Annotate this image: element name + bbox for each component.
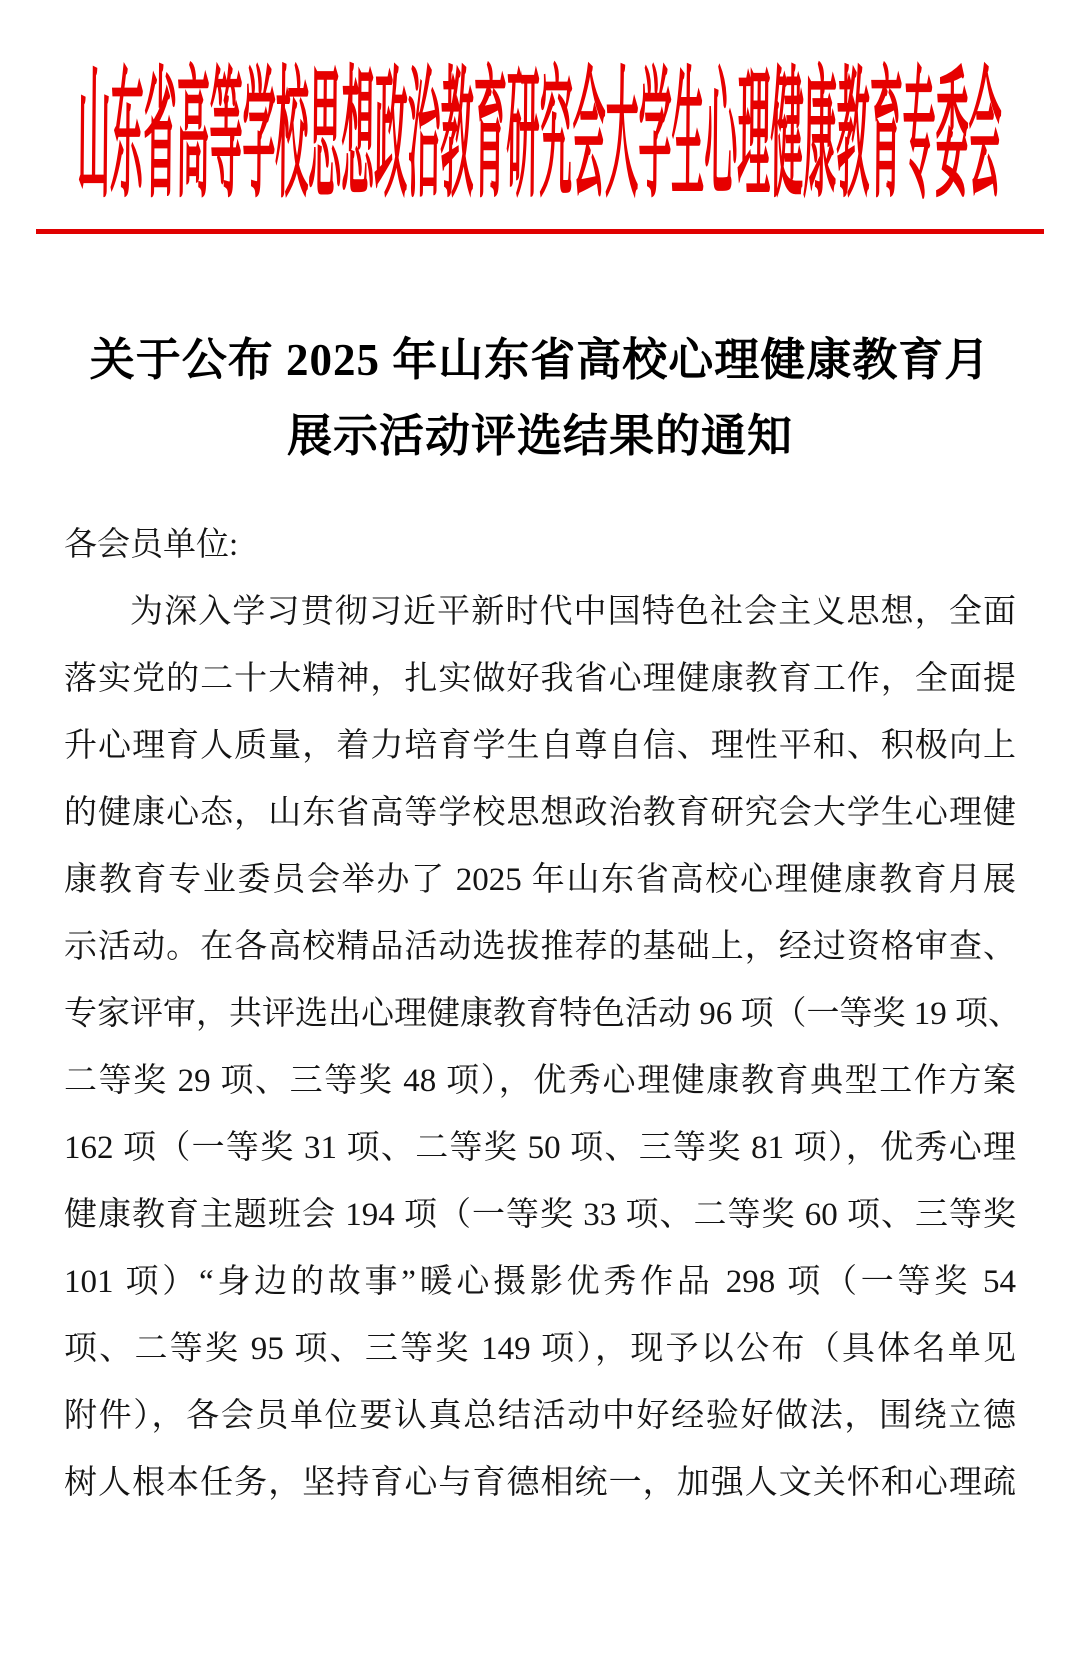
paragraph-line: 项、二等奖 95 项、三等奖 149 项），现予以公布（具体名单见 [64,1316,1016,1383]
document-title-line-1: 关于公布 2025 年山东省高校心理健康教育月 [64,322,1016,398]
letterhead-org-name: 山东省高等学校思想政治教育研究会大学生心理健康教育专委会 [77,72,1002,214]
paragraph-line: 树人根本任务，坚持育心与育德相统一，加强人文关怀和心理疏 [64,1450,1016,1517]
document-title: 关于公布 2025 年山东省高校心理健康教育月 展示活动评选结果的通知 [64,322,1016,474]
paragraph-line: 专家评审，共评选出心理健康教育特色活动 96 项（一等奖 19 项、 [64,981,1016,1048]
paragraph-line: 162 项（一等奖 31 项、二等奖 50 项、三等奖 81 项），优秀心理 [64,1115,1016,1182]
notice-paragraph: 为深入学习贯彻习近平新时代中国特色社会主义思想，全面 落实党的二十大精神，扎实做… [64,579,1016,1517]
letterhead: 山东省高等学校思想政治教育研究会大学生心理健康教育专委会 [0,72,1080,232]
paragraph-line: 二等奖 29 项、三等奖 48 项），优秀心理健康教育典型工作方案 [64,1048,1016,1115]
paragraph-line: 落实党的二十大精神，扎实做好我省心理健康教育工作，全面提 [64,646,1016,713]
paragraph-line: 康教育专业委员会举办了 2025 年山东省高校心理健康教育月展 [64,847,1016,914]
document-title-line-2: 展示活动评选结果的通知 [64,398,1016,474]
document-body: 各会员单位: 为深入学习贯彻习近平新时代中国特色社会主义思想，全面 落实党的二十… [64,512,1016,1517]
salutation: 各会员单位: [64,512,1016,579]
paragraph-line: 附件），各会员单位要认真总结活动中好经验好做法，围绕立德 [64,1383,1016,1450]
letterhead-divider-rule [36,229,1044,234]
document-page: 山东省高等学校思想政治教育研究会大学生心理健康教育专委会 关于公布 2025 年… [0,0,1080,1666]
paragraph-line: 升心理育人质量，着力培育学生自尊自信、理性平和、积极向上 [64,713,1016,780]
paragraph-line: 示活动。在各高校精品活动选拔推荐的基础上，经过资格审查、 [64,914,1016,981]
paragraph-line: 为深入学习贯彻习近平新时代中国特色社会主义思想，全面 [64,579,1016,646]
paragraph-line: 的健康心态，山东省高等学校思想政治教育研究会大学生心理健 [64,780,1016,847]
paragraph-line: 101 项）“身边的故事”暖心摄影优秀作品 298 项（一等奖 54 [64,1249,1016,1316]
paragraph-line: 健康教育主题班会 194 项（一等奖 33 项、二等奖 60 项、三等奖 [64,1182,1016,1249]
